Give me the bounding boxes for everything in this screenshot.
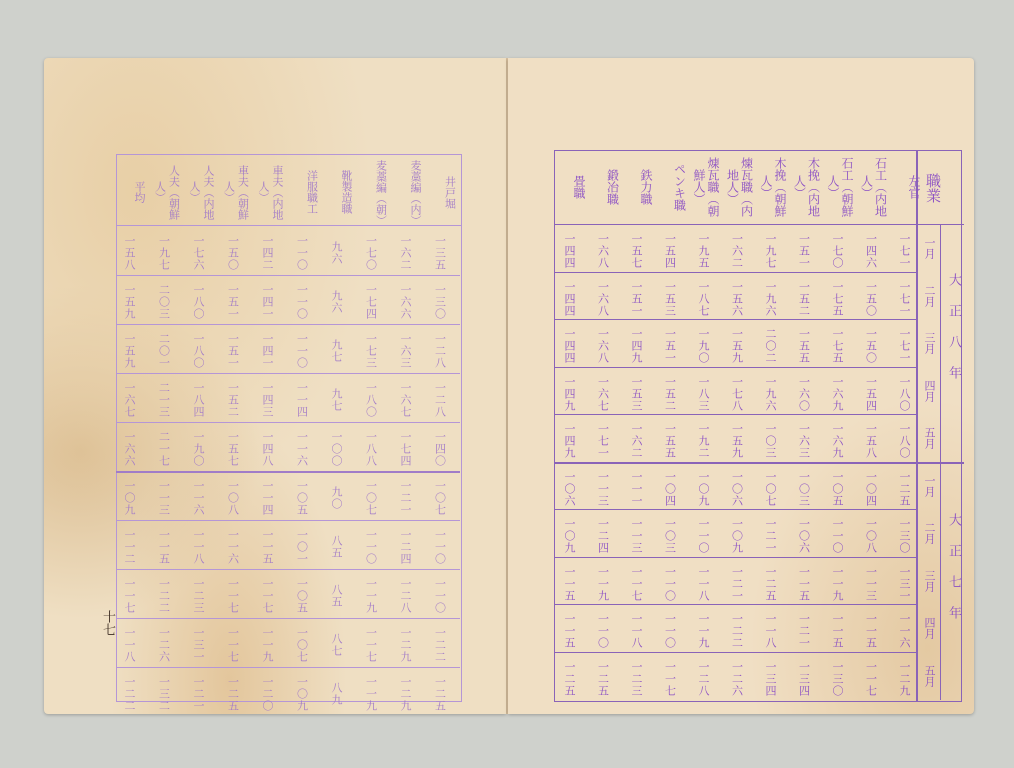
table-cell: 九六	[331, 283, 342, 321]
month-label-6: 二月	[922, 513, 936, 553]
table-cell: 一七一	[598, 422, 609, 460]
table-cell: 一三〇	[832, 660, 843, 698]
table-cell: 一一三	[866, 565, 877, 603]
table-cell: 一一九	[262, 626, 273, 664]
table-cell: 一五一	[665, 327, 676, 365]
right-header-divider	[554, 224, 964, 225]
table-cell: 一七五	[832, 280, 843, 318]
table-cell: 一一九	[366, 675, 377, 713]
table-cell: 一六七	[400, 381, 411, 419]
table-cell: 一五八	[124, 234, 135, 272]
month-label-7: 三月	[922, 561, 936, 601]
table-cell: 一九七	[159, 234, 170, 272]
right-section-divider	[554, 462, 964, 464]
table-cell: 一〇九	[698, 470, 709, 508]
table-cell: 一〇七	[435, 479, 446, 517]
table-cell: 一〇六	[564, 470, 575, 508]
table-cell: 一三四	[799, 660, 810, 698]
table-cell: 一六〇	[799, 375, 810, 413]
table-cell: 一七〇	[366, 234, 377, 272]
table-cell: 一三四	[765, 660, 776, 698]
left-row-divider	[116, 520, 460, 521]
table-cell: 一三一	[899, 565, 910, 603]
left-header-5: 洋服職工	[289, 160, 319, 224]
table-cell: 一二九	[400, 675, 411, 713]
table-cell: 一一四	[297, 381, 308, 419]
table-cell: 一五一	[228, 332, 239, 370]
table-cell: 一一五	[262, 528, 273, 566]
table-cell: 一一八	[698, 565, 709, 603]
table-cell: 一五一	[631, 280, 642, 318]
table-cell: 二一七	[159, 430, 170, 468]
table-cell: 一二二	[732, 612, 743, 650]
month-label-5: 一月	[922, 466, 936, 506]
table-cell: 九七	[331, 381, 342, 419]
left-row-divider	[116, 569, 460, 570]
table-cell: 一四九	[631, 327, 642, 365]
table-cell: 一〇四	[665, 470, 676, 508]
table-cell: 一一七	[262, 577, 273, 615]
table-cell: 一四〇	[435, 430, 446, 468]
table-cell: 一一八	[765, 612, 776, 650]
table-cell: 八七	[331, 626, 342, 664]
table-cell: 一四三	[262, 381, 273, 419]
table-cell: 一一九	[366, 577, 377, 615]
table-cell: 一七四	[400, 430, 411, 468]
table-cell: 一四九	[564, 422, 575, 460]
table-cell: 一九六	[765, 375, 776, 413]
table-cell: 一三五	[435, 234, 446, 272]
table-cell: 一四八	[262, 430, 273, 468]
table-cell: 一六六	[124, 430, 135, 468]
table-cell: 一八〇	[366, 381, 377, 419]
table-cell: 一五八	[866, 422, 877, 460]
table-cell: 一〇一	[297, 528, 308, 566]
table-cell: 一五九	[732, 422, 743, 460]
left-header-8: 麦藁編（内）	[392, 160, 422, 224]
table-cell: 一〇七	[366, 479, 377, 517]
table-cell: 一一八	[124, 626, 135, 664]
table-cell: 一一〇	[435, 528, 446, 566]
table-cell: 一四一	[262, 283, 273, 321]
table-cell: 一一五	[564, 612, 575, 650]
table-cell: 一九七	[765, 232, 776, 270]
table-cell: 一二四	[400, 528, 411, 566]
table-cell: 一五六	[732, 280, 743, 318]
table-cell: 一五一	[799, 232, 810, 270]
table-cell: 一〇三	[665, 517, 676, 555]
table-cell: 一一五	[866, 612, 877, 650]
right-header-1: 石工（内地人）	[858, 152, 888, 222]
page-number: 十七	[98, 610, 117, 636]
month-label-8: 四月	[922, 608, 936, 648]
table-cell: 一二一	[765, 517, 776, 555]
left-row-divider	[116, 667, 460, 668]
month-label-4: 五月	[922, 418, 936, 458]
table-cell: 一一〇	[297, 234, 308, 272]
table-cell: 一一〇	[598, 612, 609, 650]
left-header-7: 麦藁編（朝）	[358, 160, 388, 224]
table-cell: 一四四	[564, 232, 575, 270]
table-cell: 一五三	[631, 375, 642, 413]
table-cell: 一六二	[631, 422, 642, 460]
table-cell: 一二五	[765, 565, 776, 603]
table-cell: 一五〇	[866, 327, 877, 365]
table-cell: 一四九	[564, 375, 575, 413]
table-cell: 一九五	[698, 232, 709, 270]
table-cell: 一二一	[799, 612, 810, 650]
table-cell: 一二〇	[262, 675, 273, 713]
table-cell: 一一〇	[435, 577, 446, 615]
table-cell: 一六六	[400, 283, 411, 321]
table-cell: 一七四	[366, 283, 377, 321]
table-cell: 一七一	[899, 232, 910, 270]
table-cell: 一三〇	[899, 517, 910, 555]
table-cell: 一一〇	[832, 517, 843, 555]
title-label: 職業	[926, 160, 940, 216]
table-cell: 一〇四	[866, 470, 877, 508]
table-cell: 一六二	[732, 232, 743, 270]
right-row-divider	[554, 652, 916, 653]
table-cell: 一九六	[765, 280, 776, 318]
table-cell: 一二五	[899, 470, 910, 508]
table-cell: 一一一	[631, 470, 642, 508]
right-row-divider	[554, 414, 916, 415]
table-cell: 一七五	[832, 327, 843, 365]
table-cell: 一五九	[732, 327, 743, 365]
table-cell: 一八〇	[193, 283, 204, 321]
month-label-1: 二月	[922, 276, 936, 316]
table-cell: 一一三	[631, 517, 642, 555]
table-cell: 一五四	[665, 232, 676, 270]
table-cell: 一七〇	[832, 232, 843, 270]
table-cell: 一一三	[598, 470, 609, 508]
table-cell: 一二九	[400, 626, 411, 664]
table-cell: 一六三	[400, 332, 411, 370]
table-cell: 一〇五	[297, 479, 308, 517]
table-cell: 一〇九	[564, 517, 575, 555]
table-cell: 二〇二	[765, 327, 776, 365]
table-cell: 一〇五	[832, 470, 843, 508]
table-cell: 八九	[331, 675, 342, 713]
left-section-divider	[116, 471, 460, 473]
table-cell: 一七六	[193, 234, 204, 272]
table-cell: 一一七	[631, 565, 642, 603]
table-cell: 一五九	[124, 283, 135, 321]
table-cell: 一一三	[159, 479, 170, 517]
table-cell: 一七三	[366, 332, 377, 370]
table-cell: 一六三	[799, 422, 810, 460]
table-cell: 一八四	[193, 381, 204, 419]
table-cell: 一一六	[193, 479, 204, 517]
table-cell: 一〇三	[765, 422, 776, 460]
table-cell: 一一〇	[665, 612, 676, 650]
table-cell: 一一〇	[366, 528, 377, 566]
right-header-10: 畳職	[556, 152, 586, 222]
left-header-2: 人夫（内地人）	[185, 160, 215, 224]
table-cell: 一五二	[665, 375, 676, 413]
table-cell: 一六八	[598, 232, 609, 270]
table-cell: 一〇〇	[331, 430, 342, 468]
table-cell: 一二八	[435, 332, 446, 370]
right-header-0: 左官	[891, 152, 921, 222]
table-cell: 一二二	[435, 626, 446, 664]
left-header-3: 車夫（朝鮮人）	[220, 160, 250, 224]
right-row-divider	[554, 367, 916, 368]
table-cell: 一一九	[832, 565, 843, 603]
table-cell: 九七	[331, 332, 342, 370]
label-col-divider	[940, 224, 941, 700]
table-cell: 一六九	[832, 375, 843, 413]
table-cell: 一一〇	[665, 565, 676, 603]
table-cell: 一二一	[193, 675, 204, 713]
table-cell: 一二五	[435, 675, 446, 713]
right-row-divider	[554, 509, 916, 510]
table-cell: 二一三	[159, 381, 170, 419]
table-cell: 一一五	[159, 528, 170, 566]
table-cell: 一二一	[732, 565, 743, 603]
table-cell: 一一〇	[297, 283, 308, 321]
table-cell: 一八三	[698, 375, 709, 413]
left-header-9: 井戸堀	[427, 160, 457, 224]
right-header-7: ペンキ職	[657, 152, 687, 222]
right-header-8: 鉄力職	[623, 152, 653, 222]
table-cell: 一三一	[193, 626, 204, 664]
left-row-divider	[116, 275, 460, 276]
table-cell: 一六九	[832, 422, 843, 460]
left-header-0: 平均	[116, 160, 146, 224]
table-cell: 一〇六	[732, 470, 743, 508]
table-cell: 一一七	[665, 660, 676, 698]
table-cell: 一五〇	[228, 234, 239, 272]
table-cell: 九〇	[331, 479, 342, 517]
month-label-9: 五月	[922, 656, 936, 696]
month-label-0: 一月	[922, 228, 936, 268]
table-cell: 一五一	[228, 283, 239, 321]
right-header-6: 煉瓦職（朝鮮人）	[690, 152, 720, 222]
table-cell: 一八〇	[193, 332, 204, 370]
table-cell: 一一七	[228, 626, 239, 664]
table-cell: 一五二	[799, 280, 810, 318]
table-cell: 一二五	[228, 675, 239, 713]
table-cell: 一〇七	[297, 626, 308, 664]
table-cell: 一一八	[631, 612, 642, 650]
table-cell: 二〇三	[159, 283, 170, 321]
right-header-5: 煉瓦職（内地人）	[724, 152, 754, 222]
table-cell: 一四一	[262, 332, 273, 370]
table-cell: 一二四	[598, 517, 609, 555]
left-header-6: 靴製造職	[323, 160, 353, 224]
table-cell: 一四四	[564, 280, 575, 318]
table-cell: 一一五	[564, 565, 575, 603]
table-cell: 一五五	[665, 422, 676, 460]
year-label-0: 大正八年	[946, 260, 960, 410]
right-row-divider	[554, 604, 916, 605]
left-row-divider	[116, 324, 460, 325]
table-cell: 一〇九	[732, 517, 743, 555]
table-cell: 一一九	[598, 565, 609, 603]
table-cell: 一〇九	[297, 675, 308, 713]
table-cell: 一七八	[732, 375, 743, 413]
table-cell: 一四四	[564, 327, 575, 365]
table-cell: 一八八	[366, 430, 377, 468]
table-cell: 一一六	[899, 612, 910, 650]
table-cell: 一六二	[400, 234, 411, 272]
table-cell: 一一七	[228, 577, 239, 615]
left-header-1: 人夫（朝鮮人）	[151, 160, 181, 224]
right-row-divider	[554, 272, 916, 273]
table-cell: 一二八	[435, 381, 446, 419]
month-label-3: 四月	[922, 371, 936, 411]
table-cell: 一一七	[866, 660, 877, 698]
table-cell: 一一五	[832, 612, 843, 650]
table-cell: 一二八	[400, 577, 411, 615]
table-cell: 一五〇	[866, 280, 877, 318]
right-header-3: 木挽（内地人）	[791, 152, 821, 222]
table-cell: 一〇八	[866, 517, 877, 555]
left-row-divider	[116, 373, 460, 374]
table-cell: 一八〇	[899, 422, 910, 460]
left-header-4: 車夫（内地人）	[254, 160, 284, 224]
right-row-divider	[554, 319, 916, 320]
table-cell: 一五二	[228, 381, 239, 419]
table-cell: 一三二	[159, 675, 170, 713]
table-cell: 一二三	[631, 660, 642, 698]
table-cell: 一二五	[564, 660, 575, 698]
table-cell: 一一九	[698, 612, 709, 650]
table-cell: 一二二	[124, 675, 135, 713]
table-cell: 一八〇	[899, 375, 910, 413]
table-cell: 一〇六	[799, 517, 810, 555]
table-cell: 一〇三	[799, 470, 810, 508]
table-cell: 一六八	[598, 327, 609, 365]
table-cell: 一六八	[598, 280, 609, 318]
right-header-9: 鍛冶職	[590, 152, 620, 222]
table-cell: 一一六	[297, 430, 308, 468]
month-label-2: 三月	[922, 323, 936, 363]
table-cell: 一九〇	[193, 430, 204, 468]
right-row-divider	[554, 557, 916, 558]
table-cell: 九六	[331, 234, 342, 272]
table-cell: 一〇七	[765, 470, 776, 508]
table-cell: 一五五	[799, 327, 810, 365]
right-header-4: 木挽（朝鮮人）	[757, 152, 787, 222]
table-cell: 一二九	[899, 660, 910, 698]
table-cell: 一五九	[124, 332, 135, 370]
table-cell: 一七一	[899, 327, 910, 365]
table-cell: 一〇八	[228, 479, 239, 517]
left-row-divider	[116, 618, 460, 619]
table-cell: 一六七	[124, 381, 135, 419]
table-cell: 一一六	[228, 528, 239, 566]
table-cell: 一二八	[698, 660, 709, 698]
table-cell: 一一七	[366, 626, 377, 664]
table-cell: 一五七	[631, 232, 642, 270]
table-cell: 一五四	[866, 375, 877, 413]
table-cell: 一四二	[262, 234, 273, 272]
table-cell: 一九〇	[698, 327, 709, 365]
table-cell: 一一〇	[297, 332, 308, 370]
table-cell: 一六七	[598, 375, 609, 413]
table-cell: 一二六	[732, 660, 743, 698]
table-cell: 一九二	[698, 422, 709, 460]
table-cell: 一一五	[799, 565, 810, 603]
table-cell: 一五七	[228, 430, 239, 468]
table-cell: 一二二	[159, 577, 170, 615]
table-cell: 一四六	[866, 232, 877, 270]
table-cell: 八五	[331, 528, 342, 566]
table-cell: 一八七	[698, 280, 709, 318]
right-header-2: 石工（朝鮮人）	[824, 152, 854, 222]
table-cell: 一二一	[400, 479, 411, 517]
table-cell: 一〇九	[124, 479, 135, 517]
table-cell: 一一二	[124, 528, 135, 566]
table-cell: 一三〇	[435, 283, 446, 321]
table-cell: 一七一	[899, 280, 910, 318]
table-cell: 一一〇	[698, 517, 709, 555]
table-cell: 一〇五	[297, 577, 308, 615]
table-cell: 一二六	[159, 626, 170, 664]
table-cell: 一一四	[262, 479, 273, 517]
table-cell: 一一八	[193, 528, 204, 566]
table-cell: 八五	[331, 577, 342, 615]
table-cell: 一二五	[598, 660, 609, 698]
table-cell: 一二三	[193, 577, 204, 615]
left-row-divider	[116, 422, 460, 423]
year-label-1: 大正七年	[946, 500, 960, 650]
table-cell: 二〇一	[159, 332, 170, 370]
table-cell: 一一七	[124, 577, 135, 615]
table-cell: 一五三	[665, 280, 676, 318]
